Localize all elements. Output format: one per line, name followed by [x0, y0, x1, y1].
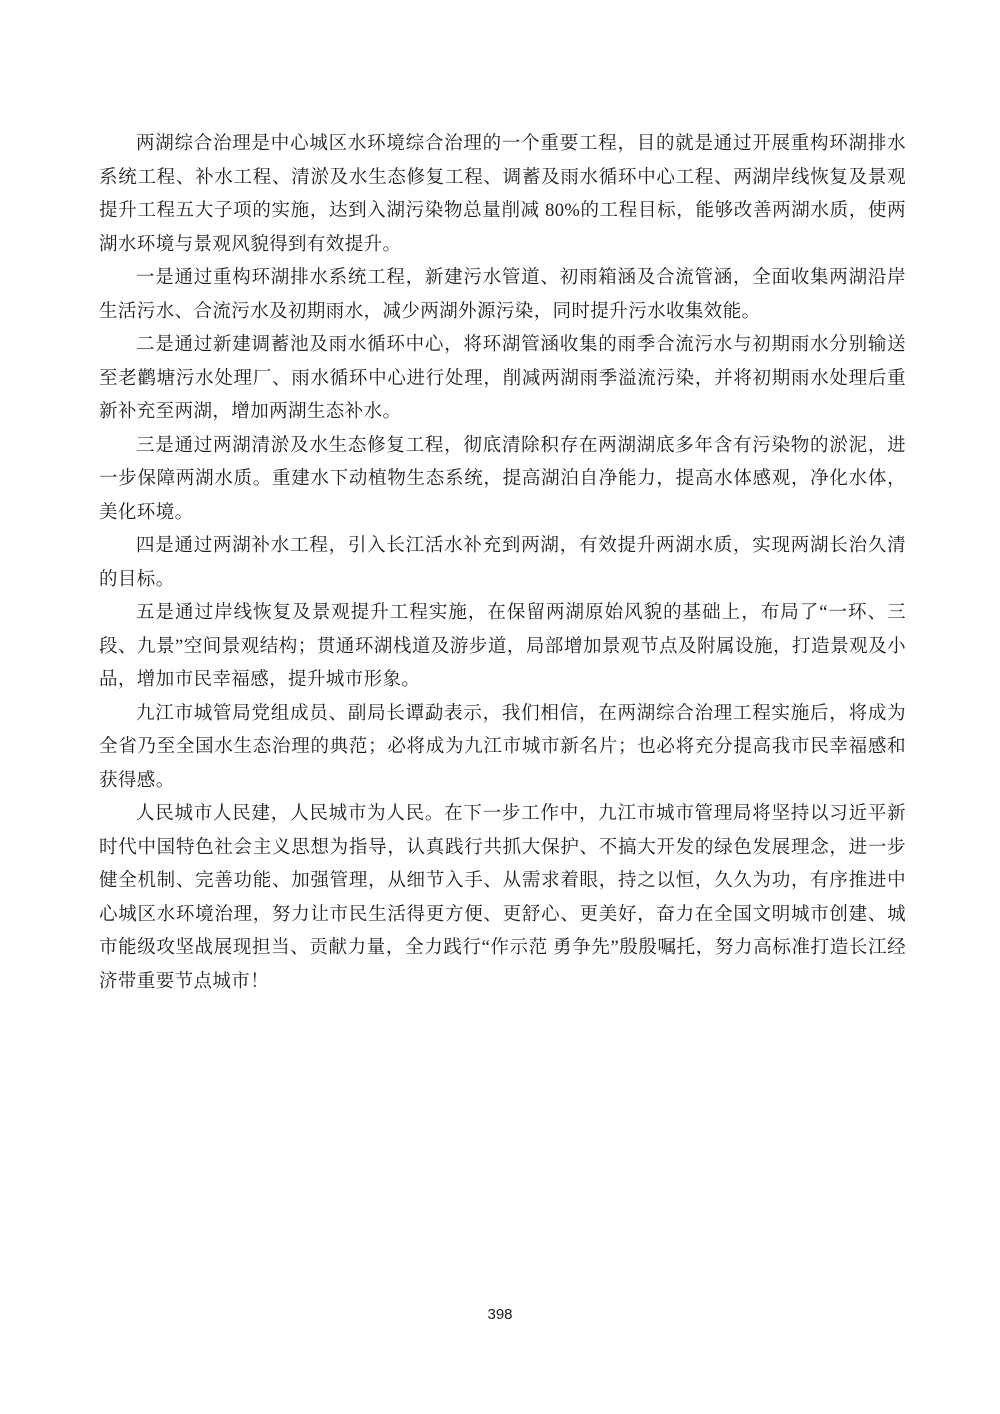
- page-number: 398: [0, 1306, 1000, 1323]
- paragraph: 四是通过两湖补水工程，引入长江活水补充到两湖，有效提升两湖水质，实现两湖长治久清…: [99, 530, 906, 597]
- paragraph: 两湖综合治理是中心城区水环境综合治理的一个重要工程，目的就是通过开展重构环湖排水…: [99, 128, 906, 262]
- paragraph: 一是通过重构环湖排水系统工程，新建污水管道、初雨箱涵及合流管涵，全面收集两湖沿岸…: [99, 262, 906, 329]
- paragraph: 人民城市人民建，人民城市为人民。在下一步工作中，九江市城市管理局将坚持以习近平新…: [99, 798, 906, 999]
- paragraph: 三是通过两湖清淤及水生态修复工程，彻底清除积存在两湖湖底多年含有污染物的淤泥，进…: [99, 430, 906, 531]
- paragraph: 五是通过岸线恢复及景观提升工程实施，在保留两湖原始风貌的基础上，布局了“一环、三…: [99, 597, 906, 698]
- document-page: 两湖综合治理是中心城区水环境综合治理的一个重要工程，目的就是通过开展重构环湖排水…: [0, 0, 1000, 1414]
- paragraph: 二是通过新建调蓄池及雨水循环中心，将环湖管涵收集的雨季合流污水与初期雨水分别输送…: [99, 329, 906, 430]
- document-body: 两湖综合治理是中心城区水环境综合治理的一个重要工程，目的就是通过开展重构环湖排水…: [99, 128, 906, 999]
- paragraph: 九江市城管局党组成员、副局长谭勐表示，我们相信，在两湖综合治理工程实施后，将成为…: [99, 698, 906, 799]
